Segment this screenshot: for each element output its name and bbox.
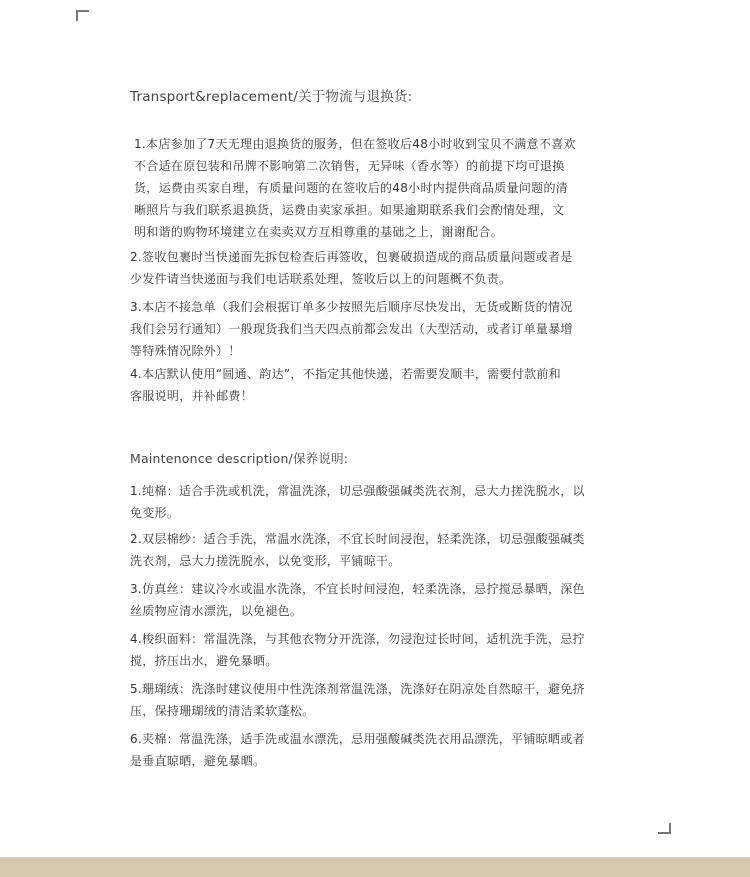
text-line: 我们会另行通知）一般现货我们当天四点前都会发出（大型活动，或者订单量暴增 bbox=[130, 318, 610, 340]
maintenance-heading: Maintenonce description/保养说明: bbox=[130, 449, 348, 467]
text-line: 3.仿真丝：建议冷水或温水洗涤，不宜长时间浸泡，轻柔洗涤，忌拧搅忌暴晒，深色 bbox=[130, 578, 610, 600]
corner-mark-bottom-right bbox=[658, 823, 671, 834]
maintenance-item-3: 3.仿真丝：建议冷水或温水洗涤，不宜长时间浸泡，轻柔洗涤，忌拧搅忌暴晒，深色 丝… bbox=[130, 578, 610, 622]
text-line: 免变形。 bbox=[130, 502, 610, 524]
text-line: 6.夹棉：常温洗涤，适手洗或温水漂洗，忌用强酸碱类洗衣用品漂洗，平铺晾晒或者 bbox=[130, 728, 610, 750]
text-line: 1.纯棉：适合手洗或机洗，常温洗涤，切忌强酸强碱类洗衣剂，忌大力搓洗脱水，以 bbox=[130, 480, 610, 502]
text-line: 5.珊瑚绒：洗涤时建议使用中性洗涤剂常温洗涤，洗涤好在阴凉处自然晾干，避免挤 bbox=[130, 678, 610, 700]
transport-heading: Transport&replacement/关于物流与退换货: bbox=[130, 85, 412, 105]
text-line: 不合适在原包装和吊牌不影响第二次销售，无异味（香水等）的前提下均可退换 bbox=[134, 155, 614, 177]
text-line: 是垂直晾晒，避免暴晒。 bbox=[130, 750, 610, 772]
text-line: 少发件请当快递面与我们电话联系处理，签收后以上的问题概不负责。 bbox=[130, 268, 610, 290]
maintenance-item-4: 4.梭织面料：常温洗涤，与其他衣物分开洗涤，勿浸泡过长时间，适机洗手洗，忌拧 搅… bbox=[130, 628, 610, 672]
text-line: 3.本店不接急单（我们会根据订单多少按照先后顺序尽快发出，无货或断货的情况 bbox=[130, 296, 610, 318]
text-line: 丝质物应清水漂洗，以免褪色。 bbox=[130, 600, 610, 622]
maintenance-item-5: 5.珊瑚绒：洗涤时建议使用中性洗涤剂常温洗涤，洗涤好在阴凉处自然晾干，避免挤 压… bbox=[130, 678, 610, 722]
transport-item-2: 2.签收包裹时当快递面先拆包检查后再签收，包裹破损造成的商品质量问题或者是 少发… bbox=[130, 246, 610, 290]
text-line: 4.梭织面料：常温洗涤，与其他衣物分开洗涤，勿浸泡过长时间，适机洗手洗，忌拧 bbox=[130, 628, 610, 650]
text-line: 2.签收包裹时当快递面先拆包检查后再签收，包裹破损造成的商品质量问题或者是 bbox=[130, 246, 610, 268]
text-line: 客服说明，并补邮费！ bbox=[130, 385, 610, 407]
bottom-color-band bbox=[0, 857, 750, 877]
text-line: 2.双层棉纱：适合手洗，常温水洗涤，不宜长时间浸泡，轻柔洗涤，切忌强酸强碱类 bbox=[130, 528, 610, 550]
maintenance-item-1: 1.纯棉：适合手洗或机洗，常温洗涤，切忌强酸强碱类洗衣剂，忌大力搓洗脱水，以 免… bbox=[130, 480, 610, 524]
transport-item-3: 3.本店不接急单（我们会根据订单多少按照先后顺序尽快发出，无货或断货的情况 我们… bbox=[130, 296, 610, 362]
text-line: 1.本店参加了7天无理由退换货的服务，但在签收后48小时收到宝贝不满意不喜欢 bbox=[134, 133, 614, 155]
text-line: 压，保持珊瑚绒的清洁柔软蓬松。 bbox=[130, 700, 610, 722]
text-line: 洗衣剂，忌大力搓洗脱水，以免变形，平铺晾干。 bbox=[130, 550, 610, 572]
text-line: 4.本店默认使用“圆通、韵达”，不指定其他快递，若需要发顺丰，需要付款前和 bbox=[130, 363, 610, 385]
text-line: 等特殊情况除外）！ bbox=[130, 340, 610, 362]
text-line: 明和谐的购物环境建立在卖卖双方互相尊重的基础之上，谢谢配合。 bbox=[134, 221, 614, 243]
text-line: 晰照片与我们联系退换货，运费由卖家承担。如果逾期联系我们会酌情处理，文 bbox=[134, 199, 614, 221]
maintenance-item-2: 2.双层棉纱：适合手洗，常温水洗涤，不宜长时间浸泡，轻柔洗涤，切忌强酸强碱类 洗… bbox=[130, 528, 610, 572]
transport-item-1: 1.本店参加了7天无理由退换货的服务，但在签收后48小时收到宝贝不满意不喜欢 不… bbox=[134, 133, 614, 243]
text-line: 搅，挤压出水，避免暴晒。 bbox=[130, 650, 610, 672]
text-line: 货，运费由买家自理，有质量问题的在签收后的48小时内提供商品质量问题的清 bbox=[134, 177, 614, 199]
transport-item-4: 4.本店默认使用“圆通、韵达”，不指定其他快递，若需要发顺丰，需要付款前和 客服… bbox=[130, 363, 610, 407]
maintenance-item-6: 6.夹棉：常温洗涤，适手洗或温水漂洗，忌用强酸碱类洗衣用品漂洗，平铺晾晒或者 是… bbox=[130, 728, 610, 772]
corner-mark-top-left bbox=[76, 10, 89, 21]
